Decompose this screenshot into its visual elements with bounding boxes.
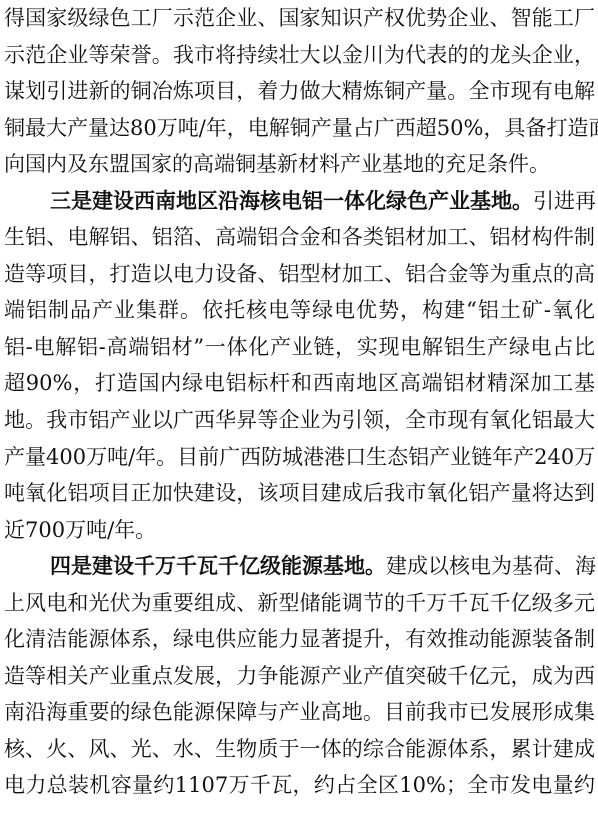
text-line: 上风电和光伏为重要组成、新型储能调节的千万千瓦千亿级多元 (4, 585, 595, 622)
section-heading: 四是建设千万千瓦千亿级能源基地。 (50, 554, 386, 578)
text-line: 生铝、电解铝、铝箔、高端铝合金和各类铝材加工、铝材构件制 (4, 219, 595, 256)
text-line: 得国家级绿色工厂示范企业、国家知识产权优势企业、智能工厂 (4, 0, 595, 37)
paragraph-heading-line: 四是建设千万千瓦千亿级能源基地。建成以核电为基荷、海 (4, 548, 595, 585)
text-line: 电力总装机容量约1107万千瓦，约占全区10%；全市发电量约 (4, 767, 595, 804)
section-heading: 三是建设西南地区沿海核电铝一体化绿色产业基地。 (50, 189, 533, 213)
paragraph-heading-line: 三是建设西南地区沿海核电铝一体化绿色产业基地。引进再 (4, 183, 595, 220)
paragraph-copper: 得国家级绿色工厂示范企业、国家知识产权优势企业、智能工厂 示范企业等荣誉。我市将… (4, 0, 595, 183)
text-line: 造等项目，打造以电力设备、铝型材加工、铝合金等为重点的高 (4, 256, 595, 293)
text-line: 示范企业等荣誉。我市将持续壮大以金川为代表的的龙头企业， (4, 37, 595, 74)
text-line: 核、火、风、光、水、生物质于一体的综合能源体系，累计建成 (4, 731, 595, 768)
text-line: 谋划引进新的铜冶炼项目，着力做大精炼铜产量。全市现有电解 (4, 73, 595, 110)
text-line: 向国内及东盟国家的高端铜基新材料产业基地的充足条件。 (4, 146, 595, 183)
text-line: 南沿海重要的绿色能源保障与产业高地。目前我市已发展形成集 (4, 694, 595, 731)
document-page: 得国家级绿色工厂示范企业、国家知识产权优势企业、智能工厂 示范企业等荣誉。我市将… (4, 0, 595, 804)
heading-tail-text: 引进再 (533, 189, 596, 213)
text-line: 产量400万吨/年。目前广西防城港港口生态铝产业链年产240万 (4, 439, 595, 476)
text-line: 吨氧化铝项目正加快建设，该项目建成后我市氧化铝产量将达到 (4, 475, 595, 512)
text-line: 造等相关产业重点发展，力争能源产业产值突破千亿元，成为西 (4, 658, 595, 695)
heading-tail-text: 建成以核电为基荷、海 (386, 554, 596, 578)
paragraph-energy: 四是建设千万千瓦千亿级能源基地。建成以核电为基荷、海 上风电和光伏为重要组成、新… (4, 548, 595, 804)
text-line: 近700万吨/年。 (4, 512, 595, 549)
text-line: 地。我市铝产业以广西华昇等企业为引领，全市现有氧化铝最大 (4, 402, 595, 439)
text-line: 铜最大产量达80万吨/年，电解铜产量占广西超50%，具备打造面 (4, 110, 595, 147)
paragraph-aluminum: 三是建设西南地区沿海核电铝一体化绿色产业基地。引进再 生铝、电解铝、铝箔、高端铝… (4, 183, 595, 548)
text-line: 铝-电解铝-高端铝材”一体化产业链，实现电解铝生产绿电占比 (4, 329, 595, 366)
text-line: 化清洁能源体系，绿电供应能力显著提升，有效推动能源装备制 (4, 621, 595, 658)
text-line: 超90%，打造国内绿电铝标杆和西南地区高端铝材精深加工基 (4, 365, 595, 402)
text-line: 端铝制品产业集群。依托核电等绿电优势，构建“铝土矿-氧化 (4, 292, 595, 329)
